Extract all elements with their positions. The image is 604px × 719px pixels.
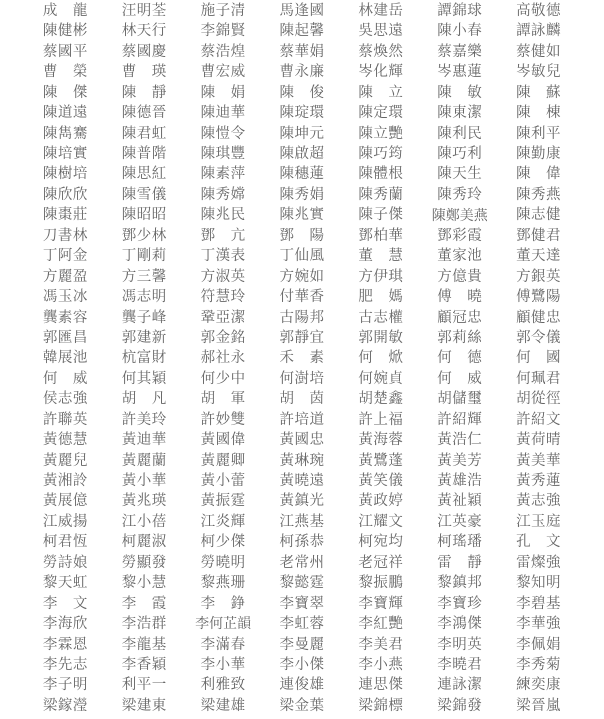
name-cell: 方麗盈 <box>43 270 88 285</box>
name-cell: 李霖恩 <box>43 638 88 653</box>
name-cell: 黎知明 <box>516 576 561 591</box>
name-cell: 曹 榮 <box>43 65 88 80</box>
name-cell: 黃美芳 <box>437 454 482 469</box>
name-cell: 杭富財 <box>122 351 167 366</box>
name-cell: 馮志明 <box>122 290 167 305</box>
name-cell: 李明英 <box>437 638 482 653</box>
name-cell: 李秀菊 <box>516 658 561 673</box>
name-cell: 陳立艷 <box>358 127 403 142</box>
name-cell: 陳秀燕 <box>516 188 561 203</box>
name-cell: 柯瑤璠 <box>437 535 482 550</box>
name-cell: 黃政婷 <box>358 494 403 509</box>
name-cell: 黎燕珊 <box>201 576 246 591</box>
name-cell: 李 霞 <box>122 597 167 612</box>
name-cell: 陳德晉 <box>122 106 167 121</box>
name-cell: 陳樹培 <box>43 167 88 182</box>
name-cell: 陳天生 <box>437 167 482 182</box>
name-cell: 李小傑 <box>279 658 324 673</box>
name-cell: 禾 素 <box>279 351 324 366</box>
name-cell: 黃小華 <box>122 474 167 489</box>
name-cell: 李錦賢 <box>201 24 246 39</box>
name-cell: 陳 娟 <box>201 86 246 101</box>
name-cell: 黃志強 <box>516 494 561 509</box>
name-cell: 陳兆實 <box>279 208 324 223</box>
name-cell: 丁阿金 <box>43 249 88 264</box>
name-cell: 蔡國慶 <box>122 45 167 60</box>
name-cell: 方三馨 <box>122 270 167 285</box>
name-cell: 鄧彩霞 <box>437 229 482 244</box>
name-cell: 利平一 <box>122 678 167 693</box>
name-cell: 黃琳琬 <box>279 454 324 469</box>
name-cell: 黃雄浩 <box>437 474 482 489</box>
name-cell: 老冠祥 <box>358 556 403 571</box>
name-cell: 李佩娟 <box>516 638 561 653</box>
name-cell: 鞏亞潔 <box>201 311 246 326</box>
name-cell: 胡 茵 <box>279 392 324 407</box>
name-cell: 黃祉穎 <box>437 494 482 509</box>
name-cell: 何 德 <box>437 351 482 366</box>
name-cell: 陳培實 <box>43 147 88 162</box>
name-cell: 刀書林 <box>43 229 88 244</box>
name-cell: 陳思紅 <box>122 167 167 182</box>
name-cell: 江耀文 <box>358 515 403 530</box>
name-cell: 許聯英 <box>43 413 88 428</box>
name-cell: 蔡浩煌 <box>201 45 246 60</box>
name-cell: 陳健彬 <box>43 24 88 39</box>
name-cell: 陳棗莊 <box>43 208 88 223</box>
name-cell: 許妙雙 <box>201 413 246 428</box>
name-cell: 郭莉絲 <box>437 331 482 346</box>
name-cell: 黃麗卿 <box>201 454 246 469</box>
name-cell: 方伊琪 <box>358 270 403 285</box>
name-cell: 李碧基 <box>516 597 561 612</box>
name-cell: 鄧健君 <box>516 229 561 244</box>
name-cell: 陳坤元 <box>279 127 324 142</box>
name-cell: 何 威 <box>437 372 482 387</box>
name-cell: 李華強 <box>516 617 561 632</box>
name-cell: 郭建新 <box>122 331 167 346</box>
name-cell: 柯宛均 <box>358 535 403 550</box>
name-cell: 成 龍 <box>43 4 88 19</box>
name-cell: 老常州 <box>279 556 324 571</box>
name-cell: 黃國忠 <box>279 433 324 448</box>
name-cell: 李滿春 <box>201 638 246 653</box>
name-cell: 付華香 <box>279 290 324 305</box>
name-cell: 董家池 <box>437 249 482 264</box>
name-list-grid: 成 龍汪明荃施子清馬逢國林建岳譚錦球高敬德陳健彬林天行李錦賢陳起馨吳思遠陳小春譚… <box>0 0 604 719</box>
name-cell: 陳 偉 <box>516 167 561 182</box>
name-cell: 陳兆民 <box>201 208 246 223</box>
name-cell: 何 威 <box>43 372 88 387</box>
name-cell: 黃曉遠 <box>279 474 324 489</box>
name-cell: 蔡健如 <box>516 45 561 60</box>
name-cell: 方銀英 <box>516 270 561 285</box>
name-cell: 陳琔環 <box>279 106 324 121</box>
name-cell: 陳迪華 <box>201 106 246 121</box>
name-cell: 胡 軍 <box>201 392 246 407</box>
name-cell: 李虹蓉 <box>279 617 324 632</box>
name-cell: 吳思遠 <box>358 24 403 39</box>
name-cell: 陳 蘇 <box>516 86 561 101</box>
name-cell: 何婉貞 <box>358 372 403 387</box>
name-cell: 李龍基 <box>122 638 167 653</box>
name-cell: 陳定環 <box>358 106 403 121</box>
name-cell: 李寶輝 <box>358 597 403 612</box>
name-cell: 陳秀嫦 <box>201 188 246 203</box>
name-cell: 雷燦強 <box>516 556 561 571</box>
name-cell: 黎振鵬 <box>358 576 403 591</box>
name-cell: 黎鎮邦 <box>437 576 482 591</box>
name-cell: 郭開敏 <box>358 331 403 346</box>
name-cell: 胡從徑 <box>516 392 561 407</box>
name-cell: 江燕基 <box>279 515 324 530</box>
name-cell: 蔡國平 <box>43 45 88 60</box>
name-cell: 岑化輝 <box>358 65 403 80</box>
name-cell: 黃迪華 <box>122 433 167 448</box>
name-cell: 陳巧筠 <box>358 147 403 162</box>
name-cell: 鄧少林 <box>122 229 167 244</box>
name-cell: 何 國 <box>516 351 561 366</box>
name-cell: 梁鎵瀅 <box>43 699 88 714</box>
name-cell: 黃鷺蓬 <box>358 454 403 469</box>
name-cell: 柯君恆 <box>43 535 88 550</box>
name-cell: 黃小蕾 <box>201 474 246 489</box>
name-cell: 林建岳 <box>358 4 403 19</box>
name-cell: 雷 靜 <box>437 556 482 571</box>
name-cell: 丁漢表 <box>201 249 246 264</box>
name-cell: 練奕康 <box>516 678 561 693</box>
name-cell: 龔素容 <box>43 311 88 326</box>
name-cell: 蔡華娟 <box>279 45 324 60</box>
name-cell: 何 焮 <box>358 351 403 366</box>
name-cell: 李小燕 <box>358 658 403 673</box>
name-cell: 許紹輝 <box>437 413 482 428</box>
name-cell: 郝社永 <box>201 351 246 366</box>
name-cell: 黃荷晴 <box>516 433 561 448</box>
name-cell: 陳 俊 <box>279 86 324 101</box>
name-cell: 曹宏威 <box>201 65 246 80</box>
name-cell: 陳勤康 <box>516 147 561 162</box>
name-cell: 曹永廉 <box>279 65 324 80</box>
name-cell: 勞顯發 <box>122 556 167 571</box>
name-cell: 陳 靜 <box>122 86 167 101</box>
name-cell: 陳君虹 <box>122 127 167 142</box>
name-cell: 李鴻傑 <box>437 617 482 632</box>
name-cell: 黃展億 <box>43 494 88 509</box>
name-cell: 李小華 <box>201 658 246 673</box>
name-cell: 馮玉冰 <box>43 290 88 305</box>
name-cell: 梁金葉 <box>279 699 324 714</box>
name-cell: 陳穗蓮 <box>279 167 324 182</box>
name-cell: 李何芷韻 <box>195 617 251 631</box>
name-cell: 李子明 <box>43 678 88 693</box>
name-cell: 傅 曉 <box>437 290 482 305</box>
name-cell: 梁錦發 <box>437 699 482 714</box>
name-cell: 陳起馨 <box>279 24 324 39</box>
name-cell: 黎小慧 <box>122 576 167 591</box>
name-cell: 許上福 <box>358 413 403 428</box>
name-cell: 鄧 亢 <box>201 229 246 244</box>
name-cell: 陳 敏 <box>437 86 482 101</box>
name-cell: 梁晉嵐 <box>516 699 561 714</box>
name-cell: 陳小春 <box>437 24 482 39</box>
name-cell: 李海欣 <box>43 617 88 632</box>
name-cell: 李 錚 <box>201 597 246 612</box>
name-cell: 丁剛莉 <box>122 249 167 264</box>
name-cell: 韓展池 <box>43 351 88 366</box>
name-cell: 連思傑 <box>358 678 403 693</box>
name-cell: 黃德慧 <box>43 433 88 448</box>
name-cell: 江英豪 <box>437 515 482 530</box>
name-cell: 曹 瑛 <box>122 65 167 80</box>
name-cell: 黃國偉 <box>201 433 246 448</box>
name-cell: 何其穎 <box>122 372 167 387</box>
name-cell: 肥 媽 <box>358 290 403 305</box>
name-cell: 何澍培 <box>279 372 324 387</box>
name-cell: 龔子峰 <box>122 311 167 326</box>
name-cell: 方淑英 <box>201 270 246 285</box>
name-cell: 顧健忠 <box>516 311 561 326</box>
name-cell: 許培道 <box>279 413 324 428</box>
name-cell: 梁建雄 <box>201 699 246 714</box>
name-cell: 董 慧 <box>358 249 403 264</box>
name-cell: 陳體根 <box>358 167 403 182</box>
name-cell: 李曉君 <box>437 658 482 673</box>
name-cell: 江玉庭 <box>516 515 561 530</box>
name-cell: 傅鷺陽 <box>516 290 561 305</box>
name-cell: 柯少傑 <box>201 535 246 550</box>
name-cell: 李 文 <box>43 597 88 612</box>
name-cell: 勞曉明 <box>201 556 246 571</box>
name-cell: 江炎輝 <box>201 515 246 530</box>
name-cell: 黃笑儀 <box>358 474 403 489</box>
name-cell: 符慧玲 <box>201 290 246 305</box>
name-cell: 陳啟超 <box>279 147 324 162</box>
name-cell: 陳普階 <box>122 147 167 162</box>
name-cell: 李寶翠 <box>279 597 324 612</box>
name-cell: 顧冠忠 <box>437 311 482 326</box>
name-cell: 許紹文 <box>516 413 561 428</box>
name-cell: 黎懿霆 <box>279 576 324 591</box>
name-cell: 江威揚 <box>43 515 88 530</box>
name-cell: 黃湘詅 <box>43 474 88 489</box>
name-cell: 陳利民 <box>437 127 482 142</box>
name-cell: 胡楚鑫 <box>358 392 403 407</box>
name-cell: 黃浩仁 <box>437 433 482 448</box>
name-cell: 陳利平 <box>516 127 561 142</box>
name-cell: 林天行 <box>122 24 167 39</box>
name-cell: 郭令儀 <box>516 331 561 346</box>
name-cell: 古志權 <box>358 311 403 326</box>
name-cell: 梁建東 <box>122 699 167 714</box>
name-cell: 陳 傑 <box>43 86 88 101</box>
name-cell: 連俊雄 <box>279 678 324 693</box>
name-cell: 陳道遠 <box>43 106 88 121</box>
name-cell: 陳秀玲 <box>437 188 482 203</box>
name-cell: 黃振霆 <box>201 494 246 509</box>
name-cell: 陳巧利 <box>437 147 482 162</box>
name-cell: 岑惠蓮 <box>437 65 482 80</box>
name-cell: 馬逢國 <box>279 4 324 19</box>
name-cell: 鄧柏華 <box>358 229 403 244</box>
name-cell: 許美玲 <box>122 413 167 428</box>
name-cell: 汪明荃 <box>122 4 167 19</box>
name-cell: 高敬德 <box>516 4 561 19</box>
name-cell: 蔡嘉樂 <box>437 45 482 60</box>
name-cell: 陳琪豐 <box>201 147 246 162</box>
name-cell: 李寶珍 <box>437 597 482 612</box>
name-cell: 黃海蓉 <box>358 433 403 448</box>
name-cell: 黎天虹 <box>43 576 88 591</box>
name-cell: 黃麗蘭 <box>122 454 167 469</box>
name-cell: 柯麗淑 <box>122 535 167 550</box>
name-cell: 陳秀蘭 <box>358 188 403 203</box>
name-cell: 陳 立 <box>358 86 403 101</box>
name-cell: 郭金銘 <box>201 331 246 346</box>
name-cell: 陳昭昭 <box>122 208 167 223</box>
name-cell: 黃麗兒 <box>43 454 88 469</box>
name-cell: 鄧 陽 <box>279 229 324 244</box>
name-cell: 李先志 <box>43 658 88 673</box>
name-cell: 陳鄭美燕 <box>432 209 488 223</box>
name-cell: 譚錦球 <box>437 4 482 19</box>
name-cell: 李浩群 <box>122 617 167 632</box>
name-cell: 蔡煥然 <box>358 45 403 60</box>
name-cell: 郭匯昌 <box>43 331 88 346</box>
name-cell: 胡 凡 <box>122 392 167 407</box>
name-cell: 譚詠麟 <box>516 24 561 39</box>
name-cell: 陳秀娟 <box>279 188 324 203</box>
name-cell: 連詠潔 <box>437 678 482 693</box>
name-cell: 陳欣欣 <box>43 188 88 203</box>
name-cell: 李紅艷 <box>358 617 403 632</box>
name-cell: 利雅致 <box>201 678 246 693</box>
name-cell: 陳愷令 <box>201 127 246 142</box>
name-cell: 江小蓓 <box>122 515 167 530</box>
name-cell: 陳雋騫 <box>43 127 88 142</box>
name-cell: 黃兆瑛 <box>122 494 167 509</box>
name-cell: 郭靜宜 <box>279 331 324 346</box>
name-cell: 孔 文 <box>516 535 561 550</box>
name-cell: 黃美華 <box>516 454 561 469</box>
name-cell: 施子清 <box>201 4 246 19</box>
name-cell: 柯孫恭 <box>279 535 324 550</box>
name-cell: 方億貴 <box>437 270 482 285</box>
name-cell: 方婉如 <box>279 270 324 285</box>
name-cell: 黃鎮光 <box>279 494 324 509</box>
name-cell: 董天達 <box>516 249 561 264</box>
name-cell: 何少中 <box>201 372 246 387</box>
name-cell: 李美君 <box>358 638 403 653</box>
name-cell: 梁錦標 <box>358 699 403 714</box>
name-cell: 陳素萍 <box>201 167 246 182</box>
name-cell: 李曼麗 <box>279 638 324 653</box>
name-cell: 侯志強 <box>43 392 88 407</box>
name-cell: 陳 棟 <box>516 106 561 121</box>
name-cell: 何珮君 <box>516 372 561 387</box>
name-cell: 古陽邦 <box>279 311 324 326</box>
name-cell: 丁仙風 <box>279 249 324 264</box>
name-cell: 黃秀蓮 <box>516 474 561 489</box>
name-cell: 李香穎 <box>122 658 167 673</box>
name-cell: 陳志健 <box>516 208 561 223</box>
name-cell: 勞詩娘 <box>43 556 88 571</box>
name-cell: 陳東潔 <box>437 106 482 121</box>
name-cell: 陳子傑 <box>358 208 403 223</box>
name-cell: 陳雪儀 <box>122 188 167 203</box>
name-cell: 胡儲璽 <box>437 392 482 407</box>
name-cell: 岑敏兒 <box>516 65 561 80</box>
